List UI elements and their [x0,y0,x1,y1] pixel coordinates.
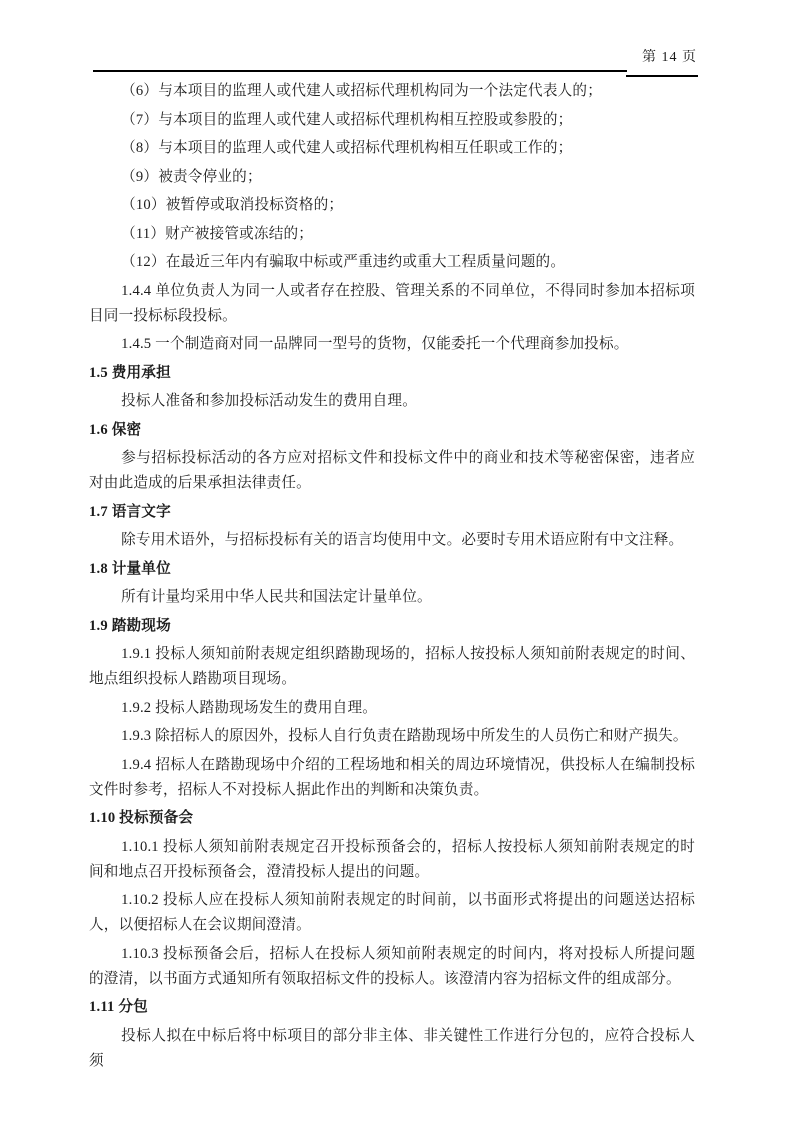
paragraph: 1.10.1 投标人须知前附表规定召开投标预备会的，招标人按投标人须知前附表规定… [89,835,695,885]
page-number: 第 14 页 [642,46,697,66]
section-heading: 1.9 踏勘现场 [89,614,695,639]
paragraph: （9）被责令停业的； [89,165,695,190]
page-number-underline [626,75,698,77]
section-heading: 1.7 语言文字 [89,500,695,525]
paragraph: （10）被暂停或取消投标资格的； [89,193,695,218]
paragraph: 1.4.4 单位负责人为同一人或者存在控股、管理关系的不同单位，不得同时参加本招… [89,279,695,329]
paragraph: （7）与本项目的监理人或代建人或招标代理机构相互控股或参股的； [89,108,695,133]
section-heading: 1.5 费用承担 [89,361,695,386]
section-heading: 1.8 计量单位 [89,557,695,582]
section-heading: 1.10 投标预备会 [89,806,695,831]
header-rule [93,70,627,72]
paragraph: 1.10.2 投标人应在投标人须知前附表规定的时间前，以书面形式将提出的问题送达… [89,888,695,938]
paragraph: 投标人拟在中标后将中标项目的部分非主体、非关键性工作进行分包的，应符合投标人须 [89,1024,695,1074]
paragraph: （6）与本项目的监理人或代建人或招标代理机构同为一个法定代表人的； [89,79,695,104]
paragraph: 1.4.5 一个制造商对同一品牌同一型号的货物，仅能委托一个代理商参加投标。 [89,332,695,357]
section-heading: 1.11 分包 [89,995,695,1020]
paragraph: 1.9.4 招标人在踏勘现场中介绍的工程场地和相关的周边环境情况，供投标人在编制… [89,753,695,803]
paragraph: 除专用术语外，与招标投标有关的语言均使用中文。必要时专用术语应附有中文注释。 [89,528,695,553]
section-heading: 1.6 保密 [89,418,695,443]
paragraph: 1.10.3 投标预备会后，招标人在投标人须知前附表规定的时间内，将对投标人所提… [89,942,695,992]
paragraph: （12）在最近三年内有骗取中标或严重违约或重大工程质量问题的。 [89,250,695,275]
paragraph: 所有计量均采用中华人民共和国法定计量单位。 [89,585,695,610]
document-page: 第 14 页 （6）与本项目的监理人或代建人或招标代理机构同为一个法定代表人的；… [0,0,793,1122]
paragraph: 1.9.2 投标人踏勘现场发生的费用自理。 [89,696,695,721]
paragraph: （8）与本项目的监理人或代建人或招标代理机构相互任职或工作的； [89,136,695,161]
paragraph: 1.9.1 投标人须知前附表规定组织踏勘现场的，招标人按投标人须知前附表规定的时… [89,642,695,692]
paragraph: 参与招标投标活动的各方应对招标文件和投标文件中的商业和技术等秘密保密，违者应对由… [89,446,695,496]
paragraph: 投标人准备和参加投标活动发生的费用自理。 [89,389,695,414]
paragraph: （11）财产被接管或冻结的； [89,222,695,247]
document-body: （6）与本项目的监理人或代建人或招标代理机构同为一个法定代表人的；（7）与本项目… [89,79,695,1077]
paragraph: 1.9.3 除招标人的原因外，投标人自行负责在踏勘现场中所发生的人员伤亡和财产损… [89,724,695,749]
